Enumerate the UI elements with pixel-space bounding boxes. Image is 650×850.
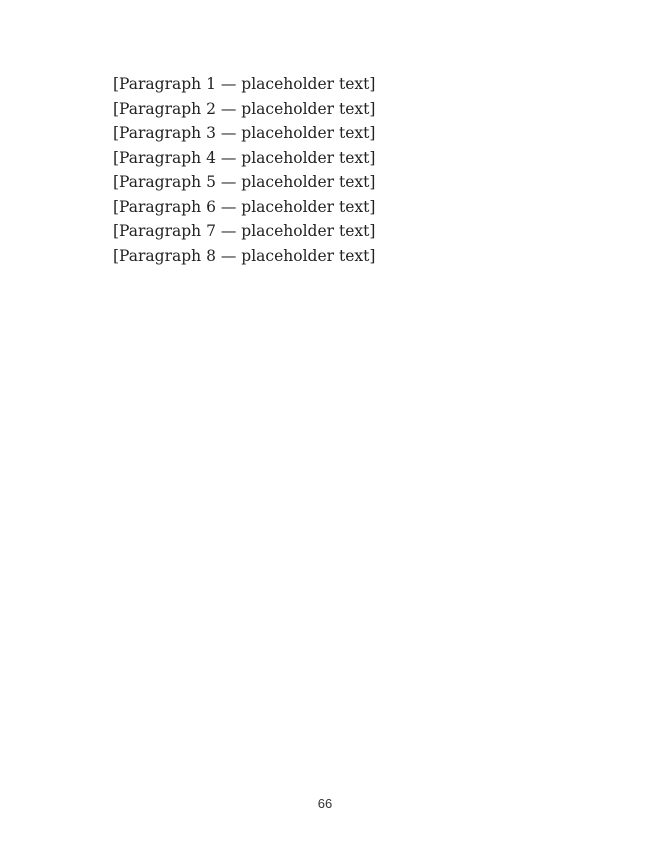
paragraph: [Paragraph 6 — placeholder text]: [82, 195, 572, 220]
paragraph: [Paragraph 4 — placeholder text]: [82, 146, 572, 171]
paragraph: [Paragraph 2 — placeholder text]: [82, 97, 572, 122]
paragraph: [Paragraph 3 — placeholder text]: [82, 121, 572, 146]
page-body: [Paragraph 1 — placeholder text] [Paragr…: [82, 72, 572, 268]
paragraph: [Paragraph 7 — placeholder text]: [82, 219, 572, 244]
paragraph: [Paragraph 5 — placeholder text]: [82, 170, 572, 195]
paragraph: [Paragraph 8 — placeholder text]: [82, 244, 572, 269]
page-number: 66: [0, 796, 650, 811]
paragraph: [Paragraph 1 — placeholder text]: [82, 72, 572, 97]
